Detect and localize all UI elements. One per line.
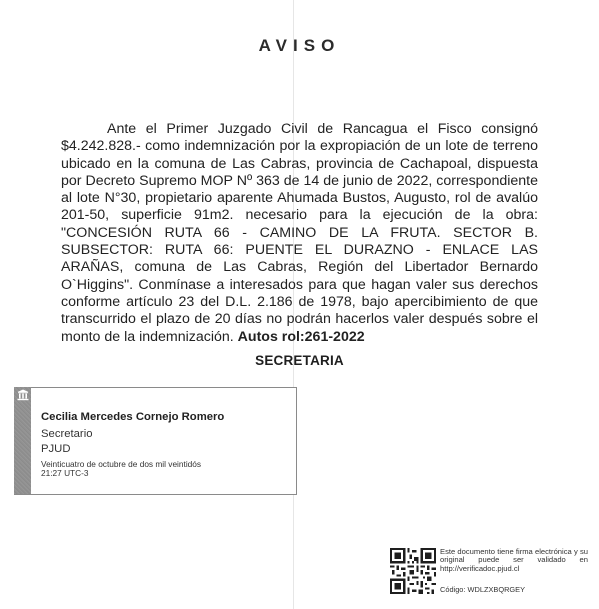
signer-role: Secretario bbox=[41, 428, 93, 440]
verification-code-value: WDLZXBQRGEY bbox=[468, 585, 526, 594]
verification-message: Este documento tiene firma electrónica y… bbox=[440, 548, 588, 573]
signature-time: 21:27 UTC-3 bbox=[41, 469, 201, 478]
signer-name: Cecilia Mercedes Cornejo Romero bbox=[41, 411, 224, 423]
section-label-secretaria: SECRETARIA bbox=[0, 353, 599, 368]
verification-code-label: Código: bbox=[440, 585, 465, 594]
case-reference: Autos rol:261-2022 bbox=[238, 329, 365, 345]
document-title: AVISO bbox=[0, 36, 599, 56]
signer-organization: PJUD bbox=[41, 443, 71, 455]
courthouse-icon bbox=[17, 389, 29, 401]
notice-body: Ante el Primer Juzgado Civil de Rancagua… bbox=[61, 121, 538, 346]
qr-code-icon[interactable] bbox=[390, 548, 436, 594]
verification-code: Código: WDLZXBQRGEY bbox=[440, 585, 525, 594]
signature-sidebar bbox=[14, 387, 31, 494]
notice-paragraph: Ante el Primer Juzgado Civil de Rancagua… bbox=[61, 121, 538, 345]
electronic-signature-box bbox=[14, 387, 297, 495]
signature-datetime: Veinticuatro de octubre de dos mil veint… bbox=[41, 460, 201, 478]
